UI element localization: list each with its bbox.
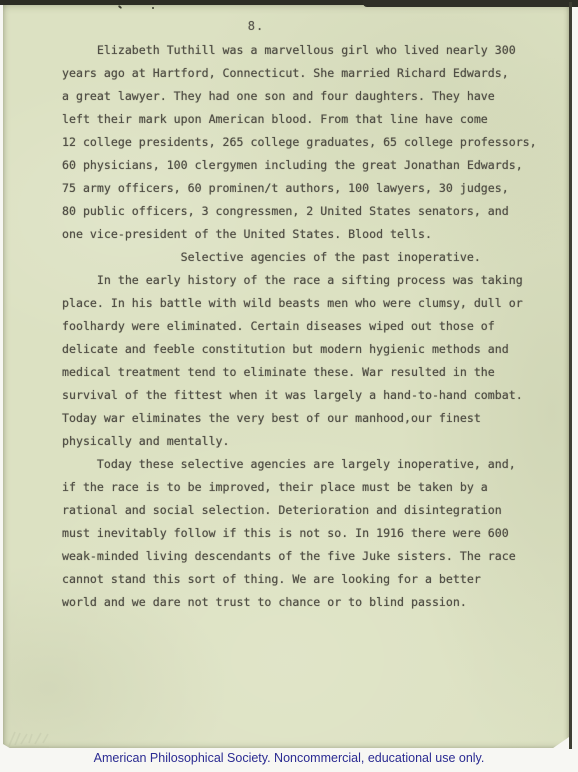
typewritten-line: cannot stand this sort of thing. We are … [62, 568, 562, 591]
faint-pencil-marks [5, 726, 77, 754]
typewritten-line: 60 physicians, 100 clergymen including t… [62, 154, 562, 177]
page-number: 8. [0, 19, 539, 33]
typewritten-line: physically and mentally. [62, 430, 562, 453]
typewritten-line: In the early history of the race a sifti… [62, 269, 562, 292]
typewritten-line: 75 army officers, 60 prominen/t authors,… [62, 177, 562, 200]
typewritten-line: rational and social selection. Deteriora… [62, 499, 562, 522]
typewritten-line: delicate and feeble constitution but mod… [62, 338, 562, 361]
typewritten-line: years ago at Hartford, Connecticut. She … [62, 62, 562, 85]
typewritten-line: survival of the fittest when it was larg… [62, 384, 562, 407]
typewritten-line: Selective agencies of the past inoperati… [62, 246, 562, 269]
typewritten-line: Today these selective agencies are large… [62, 453, 562, 476]
typewritten-line: weak-minded living descendants of the fi… [62, 545, 562, 568]
scanned-document-view: 8. Elizabeth Tuthill was a marvellous gi… [0, 0, 578, 772]
typewritten-line: world and we dare not trust to chance or… [62, 591, 562, 614]
typewritten-line: left their mark upon American blood. Fro… [62, 108, 562, 131]
typewritten-line: a great lawyer. They had one son and fou… [62, 85, 562, 108]
scan-edge-top-right [363, 0, 578, 7]
typewritten-line: one vice-president of the United States.… [62, 223, 562, 246]
attribution-caption: American Philosophical Society. Noncomme… [0, 751, 578, 765]
scan-edge-right [569, 2, 572, 749]
typewritten-line: Elizabeth Tuthill was a marvellous girl … [62, 39, 562, 62]
typewritten-line: if the race is to be improved, their pla… [62, 476, 562, 499]
typewritten-text: Elizabeth Tuthill was a marvellous girl … [62, 39, 562, 614]
typewritten-line: 80 public officers, 3 congressmen, 2 Uni… [62, 200, 562, 223]
scan-speck [152, 7, 154, 9]
typewritten-line: place. In his battle with wild beasts me… [62, 292, 562, 315]
typewritten-line: medical treatment tend to eliminate thes… [62, 361, 562, 384]
typewritten-line: must inevitably follow if this is not so… [62, 522, 562, 545]
typewritten-line: Today war eliminates the very best of ou… [62, 407, 562, 430]
typewritten-line: foolhardy were eliminated. Certain disea… [62, 315, 562, 338]
document-page: 8. Elizabeth Tuthill was a marvellous gi… [3, 4, 569, 748]
typewritten-line: 12 college presidents, 265 college gradu… [62, 131, 562, 154]
